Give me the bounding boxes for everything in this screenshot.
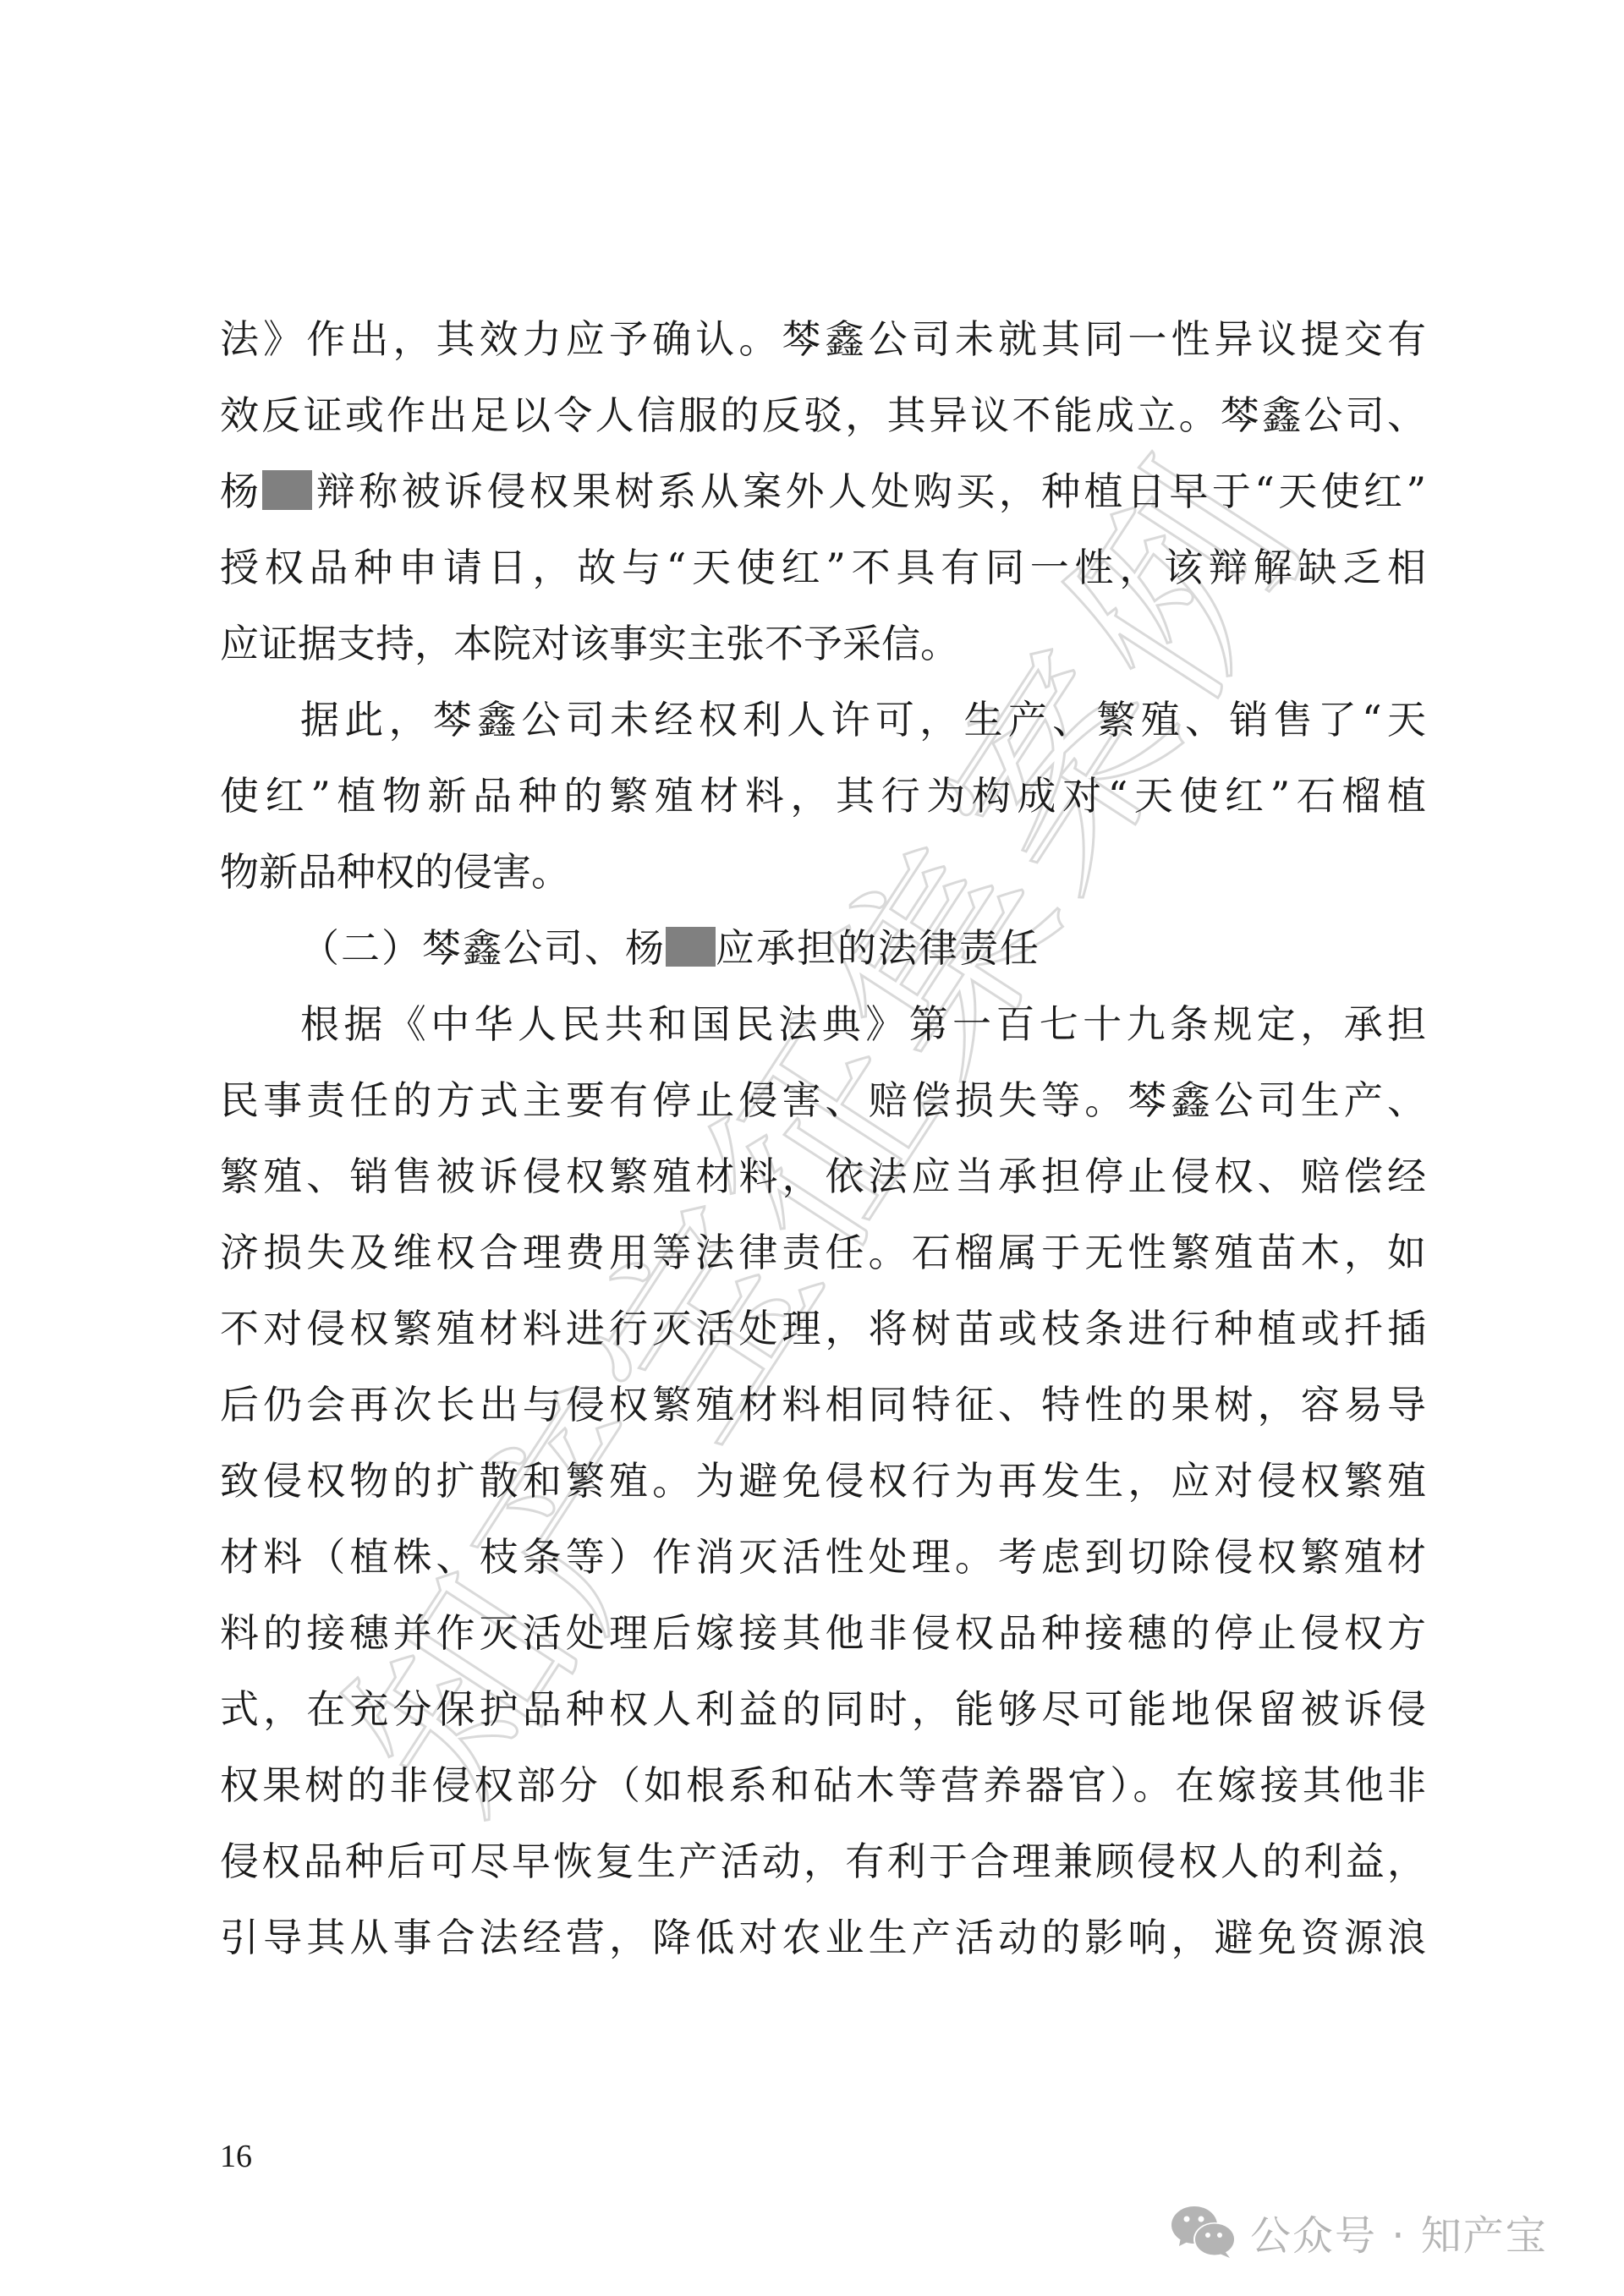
text-line: 料的接穗并作灭活处理后嫁接其他非侵权品种接穗的停止侵权方 bbox=[220, 1595, 1426, 1671]
text-line: 法》作出，其效力应予确认。棽鑫公司未就其同一性异议提交有 bbox=[220, 301, 1426, 377]
wechat-footer: 公众号 · 知产宝 bbox=[1171, 2202, 1548, 2261]
footer-label: 公众号 · 知产宝 bbox=[1250, 2203, 1548, 2261]
text-line: 权果树的非侵权部分（如根系和砧木等营养器官）。在嫁接其他非 bbox=[220, 1747, 1426, 1823]
document-body: 法》作出，其效力应予确认。棽鑫公司未就其同一性异议提交有 效反证或作出足以令人信… bbox=[220, 301, 1426, 1975]
document-page: 知产宝征集案例 法》作出，其效力应予确认。棽鑫公司未就其同一性异议提交有 效反证… bbox=[0, 0, 1624, 2296]
text-fragment: 辩称被诉侵权果树系从案外人处购买，种植日早于“天使红” bbox=[312, 469, 1426, 514]
text-line: 使红”植物新品种的繁殖材料，其行为构成对“天使红”石榴植 bbox=[220, 758, 1426, 834]
text-line: 民事责任的方式主要有停止侵害、赔偿损失等。棽鑫公司生产、 bbox=[220, 1062, 1426, 1138]
text-line: 材料（植株、枝条等）作消灭活性处理。考虑到切除侵权繁殖材 bbox=[220, 1519, 1426, 1595]
text-line: 授权品种申请日，故与“天使红”不具有同一性，该辩解缺乏相 bbox=[220, 529, 1426, 606]
heading-fragment: 应承担的法律责任 bbox=[716, 925, 1040, 971]
paragraph-first-line: 根据《中华人民共和国民法典》第一百七十九条规定，承担 bbox=[220, 986, 1426, 1062]
text-line: 繁殖、销售被诉侵权繁殖材料，依法应当承担停止侵权、赔偿经 bbox=[220, 1138, 1426, 1214]
page-number: 16 bbox=[220, 2138, 252, 2175]
text-line: 引导其从事合法经营，降低对农业生产活动的影响，避免资源浪 bbox=[220, 1899, 1426, 1975]
text-line: 物新品种权的侵害。 bbox=[220, 834, 1426, 910]
redaction-block bbox=[262, 470, 312, 510]
text-line: 后仍会再次长出与侵权繁殖材料相同特征、特性的果树，容易导 bbox=[220, 1367, 1426, 1443]
section-heading: （二）棽鑫公司、杨应承担的法律责任 bbox=[220, 910, 1426, 986]
text-fragment: 杨 bbox=[220, 469, 262, 514]
text-line: 效反证或作出足以令人信服的反驳，其异议不能成立。棽鑫公司、 bbox=[220, 377, 1426, 453]
text-line: 济损失及维权合理费用等法律责任。石榴属于无性繁殖苗木，如 bbox=[220, 1214, 1426, 1290]
heading-fragment: （二）棽鑫公司、杨 bbox=[300, 925, 666, 971]
wechat-icon bbox=[1171, 2204, 1237, 2260]
text-line-redacted: 杨辩称被诉侵权果树系从案外人处购买，种植日早于“天使红” bbox=[220, 453, 1426, 529]
text-line: 应证据支持，本院对该事实主张不予采信。 bbox=[220, 606, 1426, 682]
text-line: 侵权品种后可尽早恢复生产活动，有利于合理兼顾侵权人的利益， bbox=[220, 1823, 1426, 1899]
text-line: 不对侵权繁殖材料进行灭活处理，将树苗或枝条进行种植或扦插 bbox=[220, 1290, 1426, 1367]
redaction-block bbox=[666, 927, 716, 967]
text-line: 致侵权物的扩散和繁殖。为避免侵权行为再发生，应对侵权繁殖 bbox=[220, 1443, 1426, 1519]
paragraph-first-line: 据此，棽鑫公司未经权利人许可，生产、繁殖、销售了“天 bbox=[220, 682, 1426, 758]
text-line: 式，在充分保护品种权人利益的同时，能够尽可能地保留被诉侵 bbox=[220, 1671, 1426, 1747]
